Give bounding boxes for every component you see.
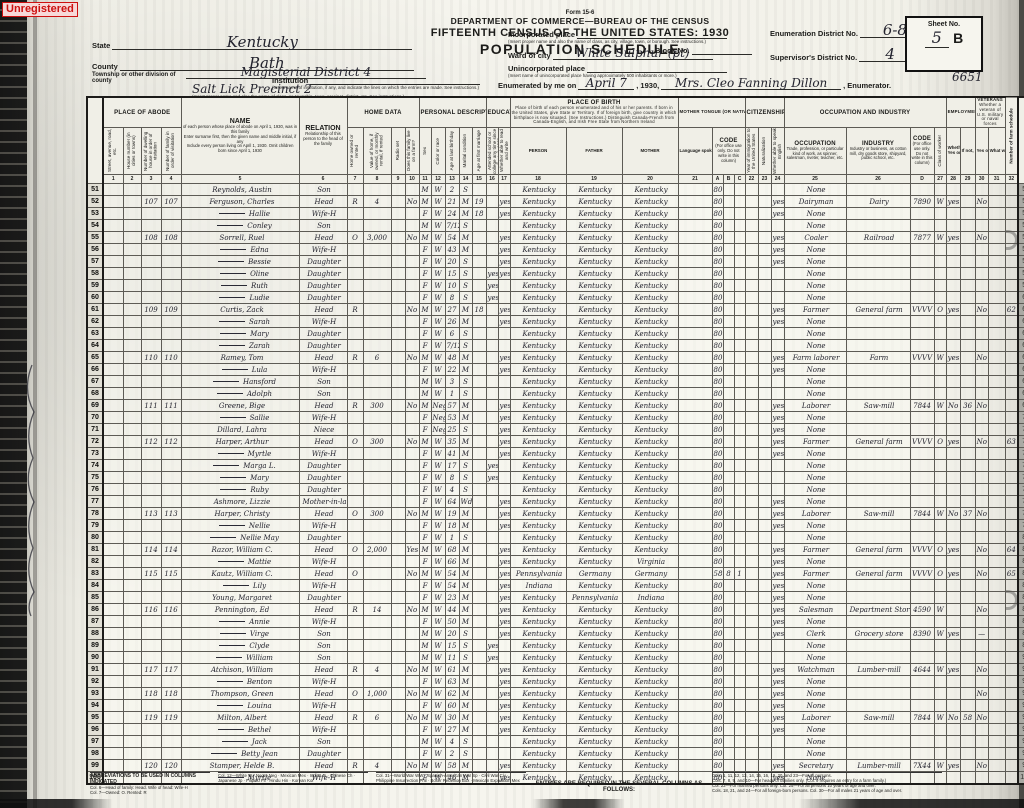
cell-im xyxy=(745,688,758,700)
cell-ey xyxy=(946,496,960,508)
cell-p1: Kentucky xyxy=(510,652,566,664)
cell-nm: Conley xyxy=(181,220,299,232)
cell-fm xyxy=(405,724,419,736)
cell-ln-right: 74 xyxy=(1018,460,1024,472)
cell-ca: 80 xyxy=(712,460,723,472)
cell-sc xyxy=(486,580,498,592)
cell-ag: 50 xyxy=(445,616,459,628)
cell-ow xyxy=(347,292,363,304)
cell-ca: 80 xyxy=(712,424,723,436)
cell-mt xyxy=(678,580,712,592)
col-number-D: D xyxy=(910,175,934,184)
cell-p1: Kentucky xyxy=(510,400,566,412)
cell-rl: Wife-H xyxy=(299,616,347,628)
cell-sp xyxy=(771,748,784,760)
cell-rl: Son xyxy=(299,640,347,652)
cell-sc xyxy=(486,508,498,520)
cell-wr xyxy=(988,604,1005,616)
cell-fs xyxy=(1005,424,1018,436)
cell-ow xyxy=(347,208,363,220)
cell-ln-right: 92 xyxy=(1018,676,1024,688)
cell-rw: yes xyxy=(498,352,510,364)
table-row: 70SallieWife-HFNeg53MyesKentuckyKentucky… xyxy=(87,412,1024,424)
cell-st xyxy=(103,484,123,496)
cell-p3: Kentucky xyxy=(622,520,678,532)
cell-p3: Kentucky xyxy=(622,400,678,412)
cell-mt xyxy=(678,592,712,604)
footer-notes: ABBREVIATIONS TO BE USED IN COLUMNS INDI… xyxy=(90,772,1000,802)
cell-cl: W xyxy=(431,676,445,688)
cell-im xyxy=(745,208,758,220)
cell-rw: yes xyxy=(498,604,510,616)
cell-am xyxy=(472,484,486,496)
cell-rl: Niece xyxy=(299,424,347,436)
cell-mt xyxy=(678,232,712,244)
margin-scrawl xyxy=(18,360,44,620)
cell-im xyxy=(745,460,758,472)
cell-cw xyxy=(934,292,946,304)
column-numbers-row: 123456789101112131415161718192021ABC2223… xyxy=(87,175,1024,184)
cell-ic: 7890 xyxy=(910,196,934,208)
cell-ey xyxy=(946,292,960,304)
incorporated-label: Incorporated place xyxy=(508,30,575,39)
cell-wr xyxy=(988,700,1005,712)
cell-ind xyxy=(846,520,910,532)
cell-dn: 120 xyxy=(141,760,161,772)
cell-rw: yes xyxy=(498,436,510,448)
cell-el xyxy=(960,244,975,256)
cell-ic xyxy=(910,292,934,304)
cell-oc: None xyxy=(784,724,846,736)
cell-cl: W xyxy=(431,460,445,472)
cell-cb xyxy=(723,556,734,568)
cell-sc xyxy=(486,484,498,496)
cell-na xyxy=(758,352,771,364)
table-row: 58OlineDaughterFW15SyesyesKentuckyKentuc… xyxy=(87,268,1024,280)
cell-vt xyxy=(975,580,988,592)
cell-im xyxy=(745,472,758,484)
cell-ln-right: 70 xyxy=(1018,412,1024,424)
cell-p1: Kentucky xyxy=(510,220,566,232)
cell-sp: yes xyxy=(771,724,784,736)
col-number-7: 7 xyxy=(347,175,363,184)
cell-sp: yes xyxy=(771,520,784,532)
cell-mt xyxy=(678,676,712,688)
cell-vt: No xyxy=(975,400,988,412)
cell-na xyxy=(758,400,771,412)
cell-fm xyxy=(405,520,419,532)
cell-ind: General farm xyxy=(846,568,910,580)
cell-ow: O xyxy=(347,436,363,448)
cell-hs xyxy=(123,196,141,208)
cell-am xyxy=(472,256,486,268)
cell-p1: Kentucky xyxy=(510,736,566,748)
cell-im xyxy=(745,340,758,352)
cell-mr: M xyxy=(459,676,472,688)
cell-vl xyxy=(363,592,391,604)
cell-oc: Laborer xyxy=(784,400,846,412)
cell-hs xyxy=(123,328,141,340)
cell-im xyxy=(745,520,758,532)
county-label: County xyxy=(92,62,118,71)
cell-rad xyxy=(391,184,405,196)
cell-cc xyxy=(734,664,745,676)
cell-ln-right: 68 xyxy=(1018,388,1024,400)
cell-mr: M xyxy=(459,364,472,376)
cell-cc: 1 xyxy=(734,568,745,580)
cell-ind xyxy=(846,748,910,760)
col-emp-at-work: Whether actually at work yesterday (or t… xyxy=(946,128,960,175)
cell-ic xyxy=(910,532,934,544)
cell-nm: Dillard, Lahra xyxy=(181,424,299,436)
cell-hs xyxy=(123,280,141,292)
col-house-number: House number (in cities or towns) xyxy=(127,128,137,174)
incorporated-line: Incorporated place (Insert proper name a… xyxy=(508,30,758,44)
cell-p3: Kentucky xyxy=(622,184,678,196)
cell-dn: 108 xyxy=(141,232,161,244)
cell-mr: S xyxy=(459,424,472,436)
cell-sp: yes xyxy=(771,232,784,244)
cell-im xyxy=(745,304,758,316)
cell-rw: yes xyxy=(498,412,510,424)
cell-ow: R xyxy=(347,196,363,208)
cell-sc xyxy=(486,568,498,580)
cell-ag: 61 xyxy=(445,664,459,676)
cell-fs xyxy=(1005,652,1018,664)
cell-na xyxy=(758,316,771,328)
cell-el xyxy=(960,748,975,760)
cell-mr: S xyxy=(459,532,472,544)
cell-ag: 6 xyxy=(445,328,459,340)
cell-p2: Kentucky xyxy=(566,484,622,496)
cell-ey: yes xyxy=(946,568,960,580)
cell-cb xyxy=(723,280,734,292)
cell-sc xyxy=(486,208,498,220)
cell-rw xyxy=(498,472,510,484)
cell-wr xyxy=(988,748,1005,760)
cell-ln-right: 73 xyxy=(1018,448,1024,460)
cell-ca: 80 xyxy=(712,604,723,616)
cell-nm: Lula xyxy=(181,364,299,376)
cell-fn xyxy=(161,268,181,280)
cell-st xyxy=(103,256,123,268)
cell-mt xyxy=(678,220,712,232)
cell-mr: S xyxy=(459,388,472,400)
cell-p1: Kentucky xyxy=(510,640,566,652)
table-row: 84LilyWife-HFW54MyesIndianaKentuckyKentu… xyxy=(87,580,1024,592)
cell-rl: Head xyxy=(299,196,347,208)
cell-ag: 43 xyxy=(445,244,459,256)
cell-im xyxy=(745,616,758,628)
state-label: State xyxy=(92,41,110,50)
cell-fs: 62 xyxy=(1005,304,1018,316)
cell-p2: Kentucky xyxy=(566,268,622,280)
cell-hs xyxy=(123,544,141,556)
cell-am xyxy=(472,472,486,484)
cell-ln: 73 xyxy=(87,448,103,460)
cell-rw: yes xyxy=(498,712,510,724)
cell-dn xyxy=(141,448,161,460)
cell-fs xyxy=(1005,316,1018,328)
cell-fn xyxy=(161,412,181,424)
cell-mr: S xyxy=(459,640,472,652)
cell-nm: Razor, William C. xyxy=(181,544,299,556)
cell-rad xyxy=(391,736,405,748)
cell-p2: Kentucky xyxy=(566,436,622,448)
pob-note: Place of birth of each person enumerated… xyxy=(512,106,677,125)
cell-wr xyxy=(988,352,1005,364)
cell-cl: Neg xyxy=(431,400,445,412)
cell-el xyxy=(960,256,975,268)
cell-wr xyxy=(988,208,1005,220)
cell-mt xyxy=(678,244,712,256)
cell-ag: 41 xyxy=(445,448,459,460)
cell-el xyxy=(960,688,975,700)
cell-hs xyxy=(123,388,141,400)
cell-ln-right: 90 xyxy=(1018,652,1024,664)
cell-wr xyxy=(988,424,1005,436)
cell-ic: 4590 xyxy=(910,604,934,616)
enum-date: April 7 xyxy=(586,76,627,90)
cell-mt xyxy=(678,256,712,268)
cell-wr xyxy=(988,400,1005,412)
cell-ic: VVVV xyxy=(910,544,934,556)
cell-na xyxy=(758,556,771,568)
cell-cb xyxy=(723,544,734,556)
table-row: 78113113Harper, ChristyHeadO300NoMW19Mye… xyxy=(87,508,1024,520)
cell-sp: yes xyxy=(771,664,784,676)
cell-sp: yes xyxy=(771,712,784,724)
cell-ic xyxy=(910,256,934,268)
cell-p2: Kentucky xyxy=(566,544,622,556)
cell-cc xyxy=(734,364,745,376)
cell-cc xyxy=(734,220,745,232)
cell-cb xyxy=(723,508,734,520)
cell-oc: None xyxy=(784,340,846,352)
cell-p2: Kentucky xyxy=(566,376,622,388)
table-row: 60LudieDaughterFW8SyesKentuckyKentuckyKe… xyxy=(87,292,1024,304)
cell-dn xyxy=(141,256,161,268)
cell-el xyxy=(960,184,975,196)
cell-p1: Kentucky xyxy=(510,712,566,724)
cell-ln: 85 xyxy=(87,592,103,604)
cell-dn xyxy=(141,412,161,424)
cell-cc xyxy=(734,628,745,640)
cell-ind xyxy=(846,340,910,352)
cell-ey xyxy=(946,652,960,664)
cell-dn: 113 xyxy=(141,508,161,520)
cell-oc: None xyxy=(784,244,846,256)
cell-ca: 80 xyxy=(712,292,723,304)
cell-p1: Kentucky xyxy=(510,664,566,676)
cell-fn xyxy=(161,640,181,652)
supervisor-value: 4 xyxy=(885,45,895,63)
cell-rw xyxy=(498,388,510,400)
cell-oc: None xyxy=(784,376,846,388)
col-read-write: Whether able to read and write xyxy=(500,128,510,174)
unregistered-watermark-badge: Unregistered xyxy=(2,2,78,17)
cell-im xyxy=(745,376,758,388)
cell-sc xyxy=(486,628,498,640)
cell-mt xyxy=(678,556,712,568)
cell-p3: Kentucky xyxy=(622,760,678,772)
cell-dn xyxy=(141,364,161,376)
cell-fs xyxy=(1005,532,1018,544)
cell-sc xyxy=(486,724,498,736)
cell-vt: No xyxy=(975,436,988,448)
cell-rad xyxy=(391,412,405,424)
veterans-sub: Whether a veteran of U.S. military or na… xyxy=(977,103,1004,127)
cell-fm xyxy=(405,628,419,640)
cell-sx: M xyxy=(419,376,431,388)
cell-cb xyxy=(723,268,734,280)
cell-ag: 27 xyxy=(445,724,459,736)
cell-vt xyxy=(975,460,988,472)
cell-ind: Saw-mill xyxy=(846,400,910,412)
state-value: Kentucky xyxy=(227,33,298,51)
cell-mr: M xyxy=(459,304,472,316)
cell-vt: — xyxy=(975,628,988,640)
cell-st xyxy=(103,712,123,724)
cell-sx: M xyxy=(419,568,431,580)
col-number-20: 20 xyxy=(622,175,678,184)
cell-hs xyxy=(123,184,141,196)
cell-mt xyxy=(678,712,712,724)
cell-fm: Yes xyxy=(405,544,419,556)
cell-ln-right: 51 xyxy=(1018,184,1024,196)
cell-nm: Mary xyxy=(181,328,299,340)
cell-nm: Harper, Arthur xyxy=(181,436,299,448)
cell-rw: yes xyxy=(498,580,510,592)
cell-sx: F xyxy=(419,724,431,736)
cell-ln: 76 xyxy=(87,484,103,496)
cell-rl: Wife-H xyxy=(299,208,347,220)
cell-ln-right: 93 xyxy=(1018,688,1024,700)
cell-fm xyxy=(405,268,419,280)
table-row: 96BethelWife-HFW27MyesKentuckyKentuckyKe… xyxy=(87,724,1024,736)
cell-el xyxy=(960,268,975,280)
cell-hs xyxy=(123,484,141,496)
cell-rad xyxy=(391,208,405,220)
cell-sp: yes xyxy=(771,688,784,700)
cell-im xyxy=(745,436,758,448)
cell-wr xyxy=(988,364,1005,376)
cell-ca: 80 xyxy=(712,748,723,760)
cell-ow xyxy=(347,676,363,688)
cell-ca: 80 xyxy=(712,640,723,652)
table-row: 69111111Greene, BigeHeadR300NoMNeg57Myes… xyxy=(87,400,1024,412)
cell-rw: yes xyxy=(498,724,510,736)
cell-p1: Kentucky xyxy=(510,748,566,760)
cell-cw: W xyxy=(934,760,946,772)
cell-el xyxy=(960,364,975,376)
cell-oc: None xyxy=(784,256,846,268)
cell-p1: Kentucky xyxy=(510,436,566,448)
cell-mr: M xyxy=(459,700,472,712)
cell-fn xyxy=(161,736,181,748)
col-mother-tongue: Language spoken in home before coming to… xyxy=(678,128,712,175)
cell-rad xyxy=(391,460,405,472)
cell-ind xyxy=(846,364,910,376)
cell-vt: No xyxy=(975,568,988,580)
cell-hs xyxy=(123,352,141,364)
cell-vl xyxy=(363,532,391,544)
cell-cw xyxy=(934,520,946,532)
cell-fm xyxy=(405,592,419,604)
cell-nm: Thompson, Green xyxy=(181,688,299,700)
cell-mt xyxy=(678,616,712,628)
cell-mr: S xyxy=(459,484,472,496)
cell-vt xyxy=(975,736,988,748)
cell-im xyxy=(745,400,758,412)
cell-hs xyxy=(123,496,141,508)
mother-tongue-header: MOTHER TONGUE (OR NATIVE LANGUAGE) OF FO… xyxy=(678,97,745,128)
cell-p3: Kentucky xyxy=(622,388,678,400)
cell-p2: Kentucky xyxy=(566,448,622,460)
cell-hs xyxy=(123,412,141,424)
cell-ic: VVVV xyxy=(910,568,934,580)
cell-ca: 80 xyxy=(712,364,723,376)
cell-ln-right: 55 xyxy=(1018,232,1024,244)
cell-ic: 7877 xyxy=(910,232,934,244)
cell-fn: 111 xyxy=(161,400,181,412)
cell-st xyxy=(103,748,123,760)
cell-am xyxy=(472,520,486,532)
cell-oc: Coaler xyxy=(784,232,846,244)
cell-ln-right: 63 xyxy=(1018,328,1024,340)
cell-mt xyxy=(678,700,712,712)
cell-ind xyxy=(846,472,910,484)
cell-mt xyxy=(678,196,712,208)
cell-sx: F xyxy=(419,208,431,220)
cell-sc xyxy=(486,316,498,328)
cell-rw xyxy=(498,292,510,304)
cell-mr: S xyxy=(459,280,472,292)
cell-hs xyxy=(123,724,141,736)
cell-p1: Pennsylvania xyxy=(510,568,566,580)
cell-na xyxy=(758,364,771,376)
enum-year: , 1930, xyxy=(636,81,659,90)
cell-fm xyxy=(405,388,419,400)
table-row: 52107107Ferguson, CharlesHeadR4NoMW21M19… xyxy=(87,196,1024,208)
cell-cw xyxy=(934,676,946,688)
cell-vl xyxy=(363,496,391,508)
cell-nm: Kautz, William C. xyxy=(181,568,299,580)
occupation-industry-header: OCCUPATION AND INDUSTRY xyxy=(784,97,946,128)
cell-ind xyxy=(846,184,910,196)
cell-cw xyxy=(934,184,946,196)
cell-sx: M xyxy=(419,352,431,364)
cell-p3: Kentucky xyxy=(622,220,678,232)
cell-cc xyxy=(734,280,745,292)
cell-rad xyxy=(391,592,405,604)
cell-p1: Kentucky xyxy=(510,556,566,568)
cell-ln: 98 xyxy=(87,748,103,760)
cell-rad xyxy=(391,568,405,580)
cell-dn xyxy=(141,520,161,532)
cell-cw: W xyxy=(934,196,946,208)
cell-ag: 21 xyxy=(445,196,459,208)
cell-ind xyxy=(846,580,910,592)
cell-oc: Farmer xyxy=(784,544,846,556)
cell-sc xyxy=(486,532,498,544)
cell-ln: 68 xyxy=(87,388,103,400)
cell-p2: Kentucky xyxy=(566,280,622,292)
cell-ln-right: 76 xyxy=(1018,484,1024,496)
cell-fs xyxy=(1005,208,1018,220)
cell-ag: 48 xyxy=(445,352,459,364)
cell-na xyxy=(758,184,771,196)
